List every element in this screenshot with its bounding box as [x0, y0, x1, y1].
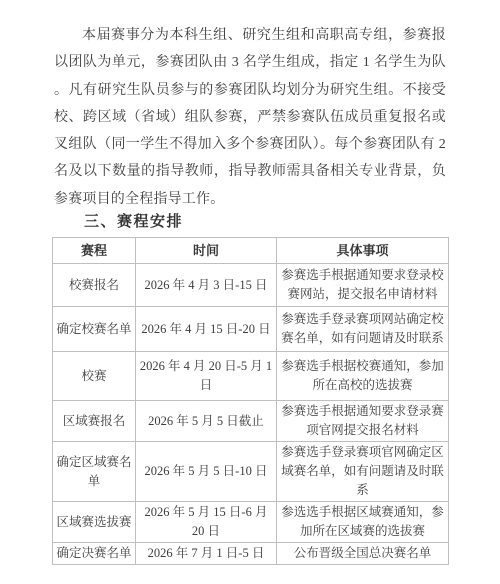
detail-cell: 参赛选手根据通知要求登录赛项官网提交报名材料	[277, 401, 449, 442]
stage-cell: 校赛	[53, 352, 136, 401]
table-row: 校赛报名 2026 年 4 月 3 日-15 日 参赛选手根据通知要求登录校赛网…	[53, 264, 449, 307]
time-cell: 2026 年 4 月 15 日-20 日	[136, 307, 277, 352]
detail-cell: 参赛选手根据通知要求登录校赛网站，提交报名申请材料	[277, 264, 449, 307]
paragraph-line: 以团队为单元，参赛团队由 3 名学生组成，指定 1 名学生为队长	[54, 49, 446, 76]
paragraph-line: 叉组队（同一学生不得加入多个参赛团队）。每个参赛团队有 2	[54, 131, 446, 158]
detail-cell: 参赛选手登录赛项官网确定区域赛名单，如有问题请及时联系	[277, 442, 449, 502]
table-row: 确定决赛名单 2026 年 7 月 1 日-5 日 公布晋级全国总决赛名单	[53, 543, 449, 565]
stage-cell: 校赛报名	[53, 264, 136, 307]
detail-cell: 参赛选手登录赛项网站确定校赛名单，如有问题请及时联系	[277, 307, 449, 352]
section-heading: 三、赛程安排	[84, 210, 183, 231]
column-header-time: 时间	[136, 238, 277, 264]
detail-cell: 参赛选手根据校赛通知，参加所在高校的选拔赛	[277, 352, 449, 401]
stage-cell: 确定决赛名单	[53, 543, 136, 565]
column-header-detail: 具体事项	[277, 238, 449, 264]
paragraph-line: 本届赛事分为本科生组、研究生组和高职高专组，参赛报名	[54, 22, 446, 49]
detail-cell: 公布晋级全国总决赛名单	[277, 543, 449, 565]
time-cell: 2026 年 4 月 20 日-5 月 1 日	[136, 352, 277, 401]
table-row: 区域赛报名 2026 年 5 月 5 日截止 参赛选手根据通知要求登录赛项官网提…	[53, 401, 449, 442]
time-cell: 2026 年 5 月 5 日截止	[136, 401, 277, 442]
stage-cell: 确定校赛名单	[53, 307, 136, 352]
paragraph-line: 参赛项目的全程指导工作。	[54, 186, 446, 213]
stage-cell: 区域赛报名	[53, 401, 136, 442]
table-header-row: 赛程 时间 具体事项	[53, 238, 449, 264]
detail-cell: 参选选手根据区域赛通知，参加所在区域赛的选拔赛	[277, 502, 449, 543]
table-row: 确定校赛名单 2026 年 4 月 15 日-20 日 参赛选手登录赛项网站确定…	[53, 307, 449, 352]
stage-cell: 区域赛选拔赛	[53, 502, 136, 543]
column-header-stage: 赛程	[53, 238, 136, 264]
paragraph-line: 名及以下数量的指导教师，指导教师需具备相关专业背景，负责	[54, 158, 446, 185]
intro-paragraph: 本届赛事分为本科生组、研究生组和高职高专组，参赛报名 以团队为单元，参赛团队由 …	[54, 22, 446, 213]
table-row: 确定区域赛名单 2026 年 5 月 5 日-10 日 参赛选手登录赛项官网确定…	[53, 442, 449, 502]
time-cell: 2026 年 5 月 5 日-10 日	[136, 442, 277, 502]
table-row: 区域赛选拔赛 2026 年 5 月 15 日-6 月 20 日 参选选手根据区域…	[53, 502, 449, 543]
time-cell: 2026 年 5 月 15 日-6 月 20 日	[136, 502, 277, 543]
schedule-table: 赛程 时间 具体事项 校赛报名 2026 年 4 月 3 日-15 日 参赛选手…	[52, 237, 449, 565]
paragraph-line: 。凡有研究生队员参与的参赛团队均划分为研究生组。不接受跨	[54, 77, 446, 104]
table-row: 校赛 2026 年 4 月 20 日-5 月 1 日 参赛选手根据校赛通知，参加…	[53, 352, 449, 401]
paragraph-line: 校、跨区域（省域）组队参赛，严禁参赛队伍成员重复报名或交	[54, 104, 446, 131]
time-cell: 2026 年 7 月 1 日-5 日	[136, 543, 277, 565]
stage-cell: 确定区域赛名单	[53, 442, 136, 502]
time-cell: 2026 年 4 月 3 日-15 日	[136, 264, 277, 307]
